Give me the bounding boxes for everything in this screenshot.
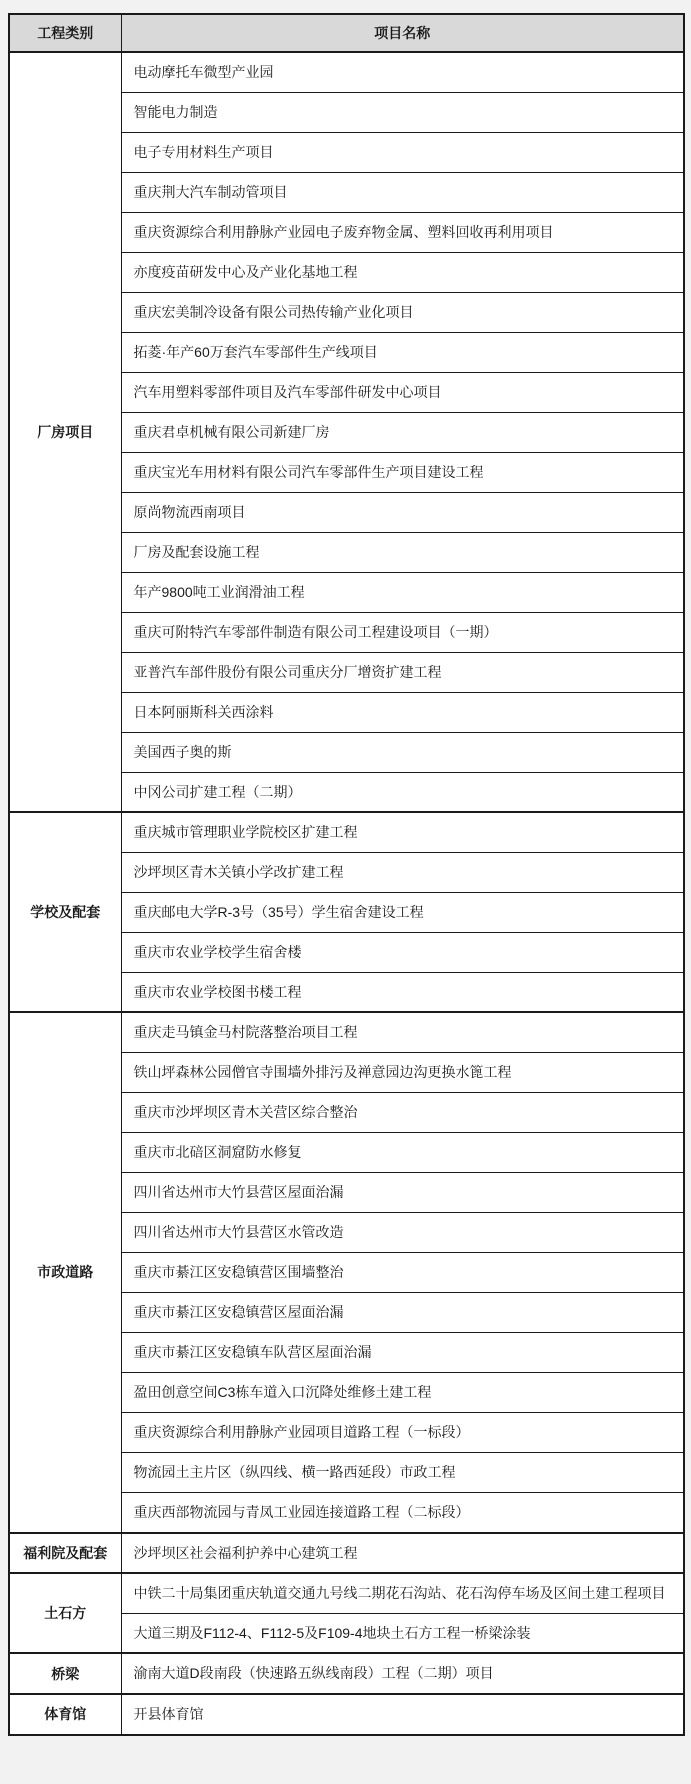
project-cell: 四川省达州市大竹县营区屋面治漏 [121, 1172, 684, 1212]
table-header: 工程类别 项目名称 [9, 14, 684, 52]
project-cell: 重庆西部物流园与青凤工业园连接道路工程（二标段） [121, 1492, 684, 1532]
project-cell: 原尚物流西南项目 [121, 492, 684, 532]
project-cell: 重庆市綦江区安稳镇车队营区屋面治漏 [121, 1332, 684, 1372]
project-cell: 重庆荆大汽车制动管项目 [121, 172, 684, 212]
table-row: 土石方中铁二十局集团重庆轨道交通九号线二期花石沟站、花石沟停车场及区间土建工程项… [9, 1573, 684, 1613]
category-cell: 福利院及配套 [9, 1533, 121, 1574]
category-cell: 体育馆 [9, 1694, 121, 1735]
table-row: 学校及配套重庆城市管理职业学院校区扩建工程 [9, 812, 684, 852]
header-row: 工程类别 项目名称 [9, 14, 684, 52]
project-cell: 汽车用塑料零部件项目及汽车零部件研发中心项目 [121, 372, 684, 412]
project-cell: 日本阿丽斯科关西涂料 [121, 692, 684, 732]
project-cell: 物流园土主片区（纵四线、横一路西延段）市政工程 [121, 1452, 684, 1492]
project-cell: 沙坪坝区社会福利护养中心建筑工程 [121, 1533, 684, 1574]
table-row: 市政道路重庆走马镇金马村院落整治项目工程 [9, 1012, 684, 1052]
project-cell: 重庆资源综合利用静脉产业园项目道路工程（一标段） [121, 1412, 684, 1452]
category-cell: 桥梁 [9, 1653, 121, 1694]
project-cell: 重庆城市管理职业学院校区扩建工程 [121, 812, 684, 852]
project-cell: 重庆君卓机械有限公司新建厂房 [121, 412, 684, 452]
header-cell-project-name: 项目名称 [121, 14, 684, 52]
project-cell: 重庆市北碚区洞窟防水修复 [121, 1132, 684, 1172]
table-body: 厂房项目电动摩托车微型产业园智能电力制造电子专用材料生产项目重庆荆大汽车制动管项… [9, 52, 684, 1735]
project-cell: 重庆宏美制冷设备有限公司热传输产业化项目 [121, 292, 684, 332]
page-background: 工程类别 项目名称 厂房项目电动摩托车微型产业园智能电力制造电子专用材料生产项目… [0, 0, 691, 1784]
project-cell: 四川省达州市大竹县营区水管改造 [121, 1212, 684, 1252]
project-cell: 重庆市农业学校图书楼工程 [121, 972, 684, 1012]
header-cell-category: 工程类别 [9, 14, 121, 52]
project-cell: 渝南大道D段南段（快速路五纵线南段）工程（二期）项目 [121, 1653, 684, 1694]
project-cell: 重庆市綦江区安稳镇营区屋面治漏 [121, 1292, 684, 1332]
table-row: 体育馆开县体育馆 [9, 1694, 684, 1735]
projects-table: 工程类别 项目名称 厂房项目电动摩托车微型产业园智能电力制造电子专用材料生产项目… [8, 13, 685, 1736]
project-cell: 铁山坪森林公园僧官寺围墙外排污及禅意园边沟更换水篦工程 [121, 1052, 684, 1092]
project-cell: 重庆市綦江区安稳镇营区围墙整治 [121, 1252, 684, 1292]
table-row: 桥梁渝南大道D段南段（快速路五纵线南段）工程（二期）项目 [9, 1653, 684, 1694]
project-cell: 拓菱·年产60万套汽车零部件生产线项目 [121, 332, 684, 372]
project-cell: 沙坪坝区青木关镇小学改扩建工程 [121, 852, 684, 892]
project-cell: 重庆资源综合利用静脉产业园电子废弃物金属、塑料回收再利用项目 [121, 212, 684, 252]
project-cell: 重庆邮电大学R-3号（35号）学生宿舍建设工程 [121, 892, 684, 932]
project-cell: 重庆市沙坪坝区青木关营区综合整治 [121, 1092, 684, 1132]
table-row: 厂房项目电动摩托车微型产业园 [9, 52, 684, 92]
project-cell: 厂房及配套设施工程 [121, 532, 684, 572]
project-cell: 亚普汽车部件股份有限公司重庆分厂增资扩建工程 [121, 652, 684, 692]
project-cell: 重庆走马镇金马村院落整治项目工程 [121, 1012, 684, 1052]
table-row: 福利院及配套沙坪坝区社会福利护养中心建筑工程 [9, 1533, 684, 1574]
project-cell: 重庆可附特汽车零部件制造有限公司工程建设项目（一期） [121, 612, 684, 652]
category-cell: 土石方 [9, 1573, 121, 1653]
project-cell: 美国西子奥的斯 [121, 732, 684, 772]
project-cell: 大道三期及F112-4、F112-5及F109-4地块土石方工程一桥梁涂装 [121, 1613, 684, 1653]
project-cell: 电子专用材料生产项目 [121, 132, 684, 172]
category-cell: 市政道路 [9, 1012, 121, 1532]
project-cell: 电动摩托车微型产业园 [121, 52, 684, 92]
project-cell: 开县体育馆 [121, 1694, 684, 1735]
project-cell: 智能电力制造 [121, 92, 684, 132]
project-cell: 中冈公司扩建工程（二期） [121, 772, 684, 812]
project-cell: 重庆宝光车用材料有限公司汽车零部件生产项目建设工程 [121, 452, 684, 492]
category-cell: 学校及配套 [9, 812, 121, 1012]
project-cell: 年产9800吨工业润滑油工程 [121, 572, 684, 612]
project-cell: 盈田创意空间C3栋车道入口沉降处维修土建工程 [121, 1372, 684, 1412]
project-cell: 中铁二十局集团重庆轨道交通九号线二期花石沟站、花石沟停车场及区间土建工程项目 [121, 1573, 684, 1613]
category-cell: 厂房项目 [9, 52, 121, 812]
project-cell: 重庆市农业学校学生宿舍楼 [121, 932, 684, 972]
project-cell: 亦度疫苗研发中心及产业化基地工程 [121, 252, 684, 292]
